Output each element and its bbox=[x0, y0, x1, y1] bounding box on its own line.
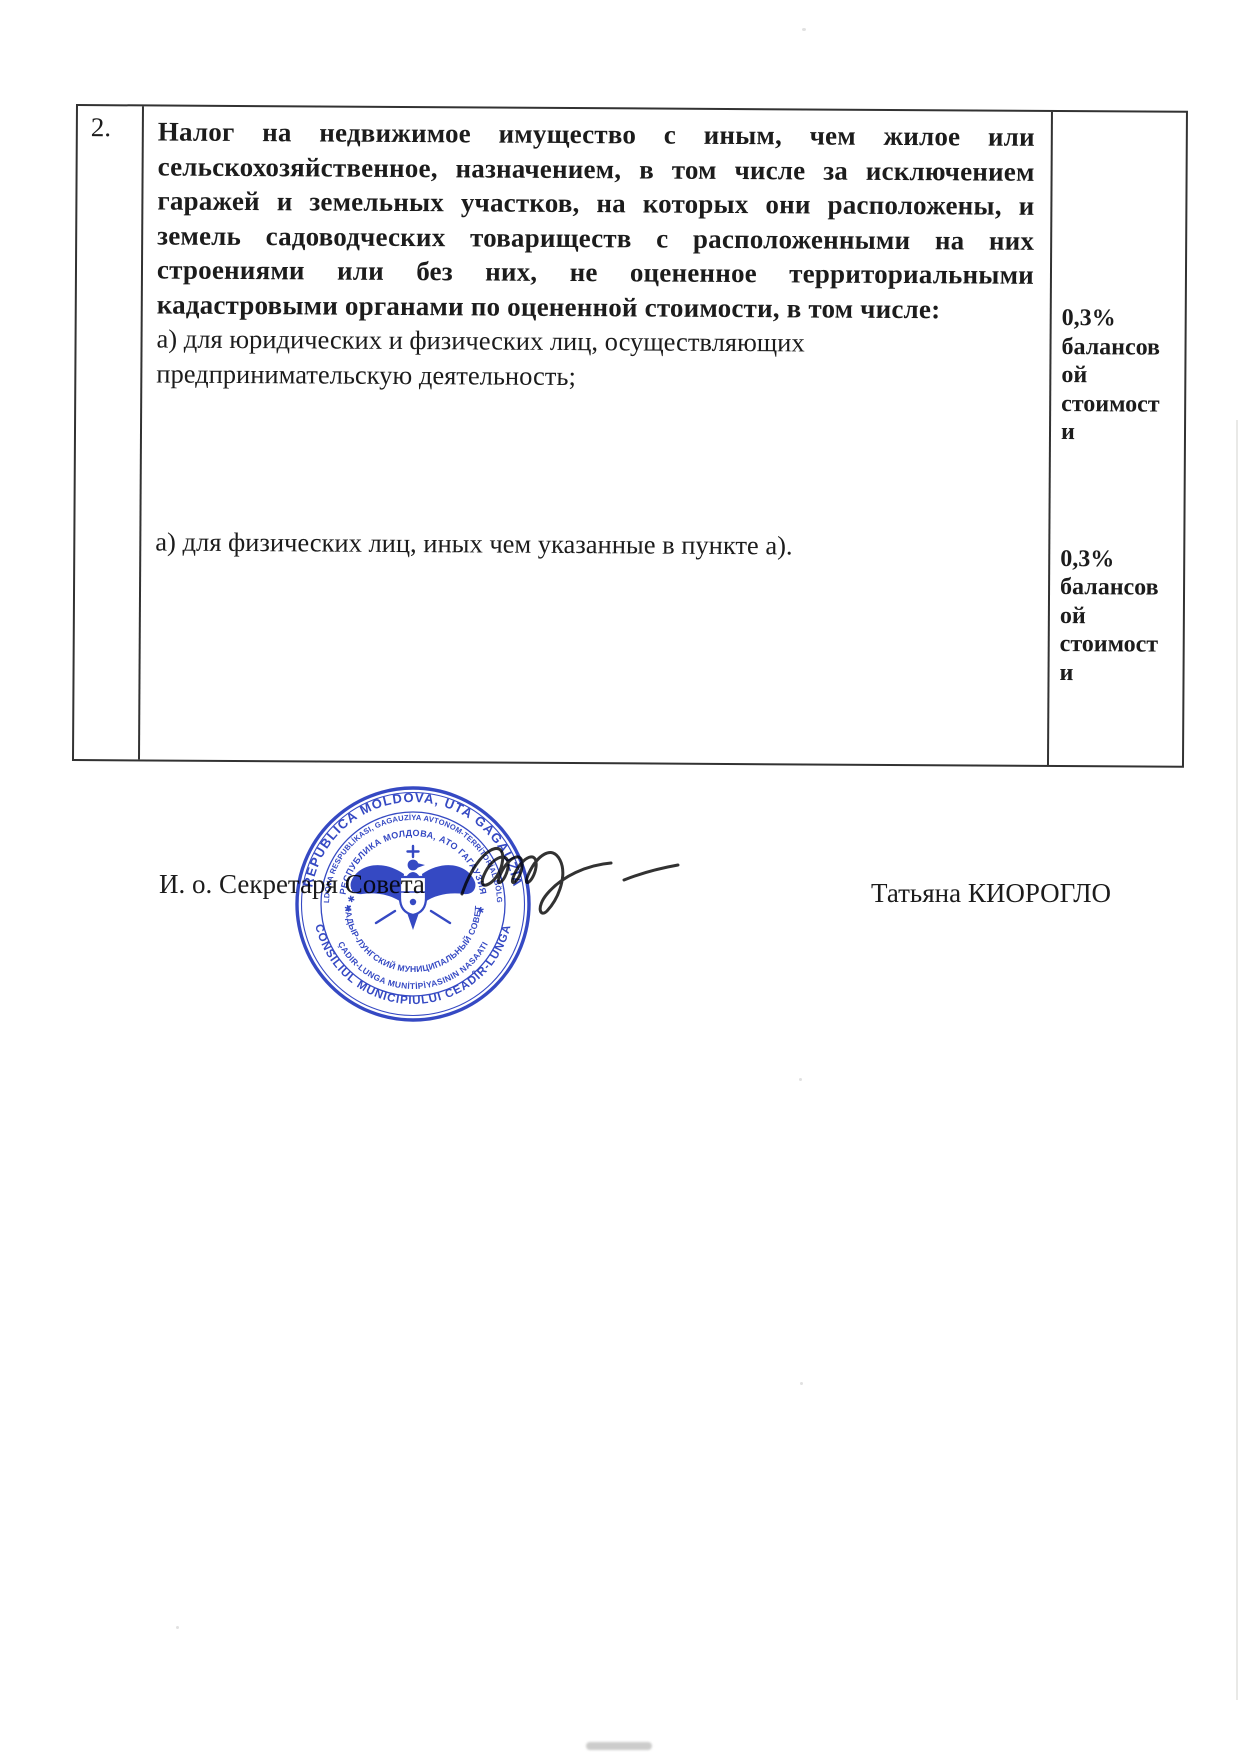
tax-description-cell: Налог на недвижимое имущество с иным, че… bbox=[140, 106, 1053, 765]
rate-line: 0,3% bbox=[1060, 545, 1179, 574]
tax-table: 2. Налог на недвижимое имущество с иным,… bbox=[72, 104, 1188, 768]
rate-line: стоимост bbox=[1060, 630, 1179, 659]
rate-line: и bbox=[1059, 659, 1178, 688]
tax-item-a1: а) для юридических и физических лиц, осу… bbox=[156, 321, 1033, 395]
page-edge-shadow bbox=[1236, 420, 1238, 1700]
tax-item-a2: а) для физических лиц, иных чем указанны… bbox=[155, 524, 1032, 564]
tax-rate-value-1: 0,3% балансов ой стоимост и bbox=[1061, 304, 1181, 447]
row-number: 2. bbox=[91, 112, 111, 142]
tax-rate-value-2: 0,3% балансов ой стоимост и bbox=[1059, 545, 1179, 688]
rate-line: ой bbox=[1061, 361, 1180, 390]
handwritten-signature-icon bbox=[448, 830, 720, 936]
scan-speck bbox=[176, 1626, 179, 1629]
tax-description-paragraph: Налог на недвижимое имущество с иным, че… bbox=[157, 115, 1035, 327]
rate-line: стоимост bbox=[1061, 390, 1180, 419]
scan-smudge bbox=[586, 1742, 652, 1750]
rate-line: ой bbox=[1060, 602, 1179, 631]
signer-name: Татьяна КИОРОГЛО bbox=[871, 878, 1111, 909]
document-page: 2. Налог на недвижимое имущество с иным,… bbox=[0, 0, 1240, 1755]
scan-speck bbox=[799, 1078, 802, 1081]
tax-rate-cell: 0,3% балансов ой стоимост и 0,3% балансо… bbox=[1049, 112, 1186, 766]
scan-speck bbox=[802, 28, 806, 31]
rate-line: балансов bbox=[1061, 333, 1180, 362]
rate-line: 0,3% bbox=[1062, 304, 1181, 333]
rate-line: балансов bbox=[1060, 573, 1179, 602]
row-number-cell: 2. bbox=[74, 106, 144, 759]
scan-speck bbox=[800, 1382, 803, 1385]
rate-line: и bbox=[1061, 418, 1180, 447]
